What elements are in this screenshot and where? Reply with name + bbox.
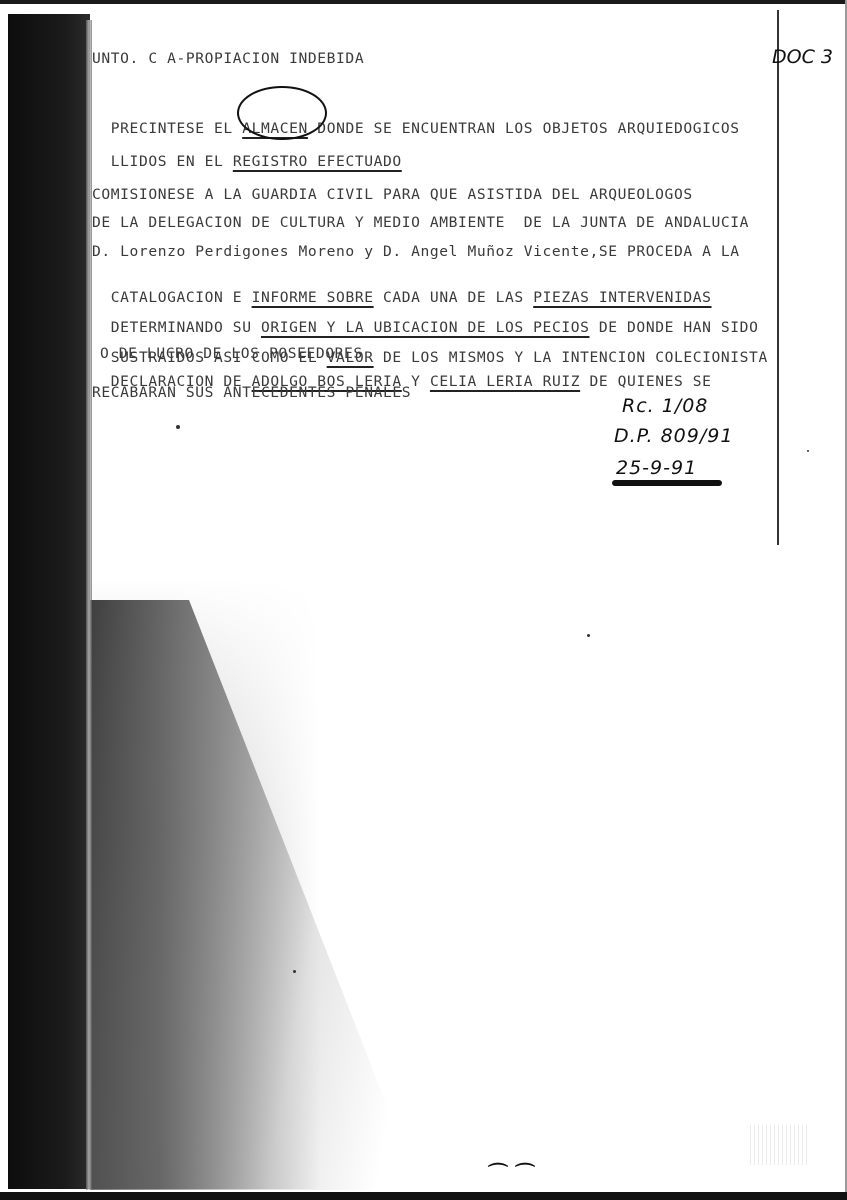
scan-noise	[750, 1125, 810, 1165]
handwritten-reference: Rc. 1/08	[622, 395, 708, 417]
underlined-name: CELIA LERIA RUIZ	[430, 373, 580, 390]
text-segment: DONDE SE ENCUENTRAN LOS OBJETOS ARQUIEDO…	[308, 120, 740, 137]
scan-speck	[587, 634, 590, 637]
underlined-phrase: REGISTRO EFECTUADO	[233, 153, 402, 170]
scan-bottom-border	[0, 1192, 847, 1200]
text-line-11: RECABARAN SUS ANTECEDENTES PENALES	[92, 384, 411, 401]
handwritten-dp-number: D.P. 809/91	[614, 425, 733, 447]
text-line-3: COMISIONESE A LA GUARDIA CIVIL PARA QUE …	[92, 186, 693, 203]
text-line-7: DETERMINANDO SU ORIGEN Y LA UBICACION DE…	[92, 302, 758, 336]
scan-top-border	[0, 0, 847, 4]
margin-line	[777, 10, 779, 545]
text-segment: DE QUIENES SE	[580, 373, 711, 390]
handwritten-date: 25-9-91	[616, 457, 697, 479]
scan-speck	[807, 450, 809, 452]
subject-line: UNTO. C A-PROPIACION INDEBIDA	[92, 50, 364, 67]
text-line-4: DE LA DELEGACION DE CULTURA Y MEDIO AMBI…	[92, 214, 749, 231]
text-line-5: D. Lorenzo Perdigones Moreno y D. Angel …	[92, 243, 740, 260]
text-segment: LLIDOS EN EL	[111, 153, 233, 170]
scan-speck	[176, 425, 180, 429]
text-line-1: PRECINTESE EL ALMACEN DONDE SE ENCUENTRA…	[92, 103, 740, 137]
scan-speck	[293, 970, 296, 973]
text-segment: PRECINTESE EL	[111, 120, 242, 137]
hand-drawn-circle	[237, 86, 327, 140]
handwritten-underline	[612, 480, 722, 486]
bottom-mark: ⌒ ⌒	[488, 1157, 535, 1186]
text-line-6: CATALOGACION E INFORME SOBRE CADA UNA DE…	[92, 272, 712, 306]
doc-label: DOC 3	[772, 46, 833, 68]
scan-shadow-binding	[8, 14, 90, 1189]
text-line-2: LLIDOS EN EL REGISTRO EFECTUADO	[92, 136, 402, 170]
